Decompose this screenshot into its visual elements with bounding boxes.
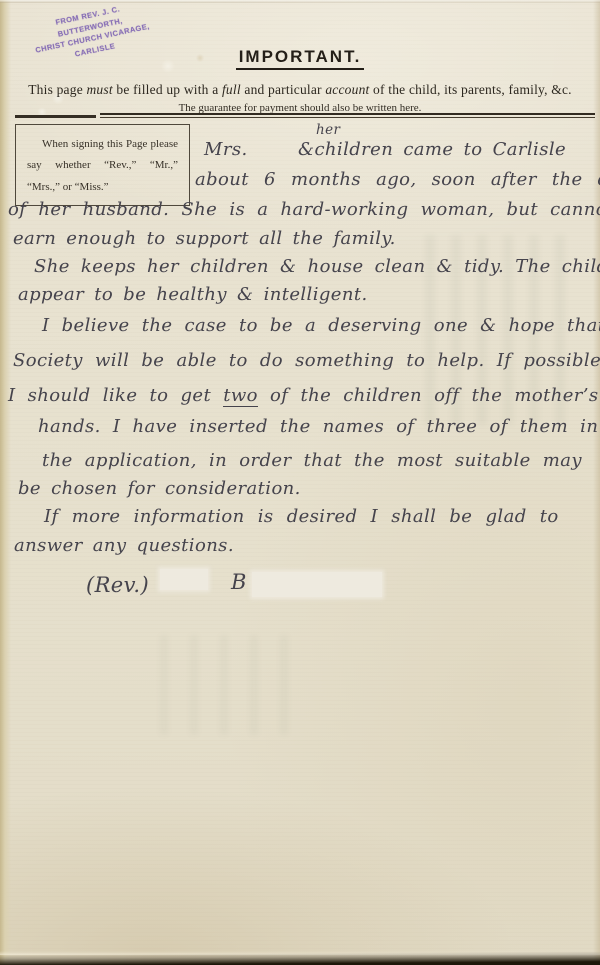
handwriting-line-4: earn enough to support all the family. (13, 228, 396, 249)
paper-right-edge (593, 0, 600, 965)
handwriting-line-9: I should like to get two of the children… (8, 385, 599, 406)
horizontal-rule-right (100, 113, 595, 118)
instruction-italic-full: full (222, 82, 241, 97)
signing-notice-box: When signing this Page please say whethe… (15, 124, 190, 206)
handwriting-line-1-rest: children came to Carlisle (314, 139, 566, 160)
horizontal-rule-left (15, 115, 96, 118)
handwriting-line-10: hands. I have inserted the names of thre… (38, 416, 598, 437)
fold-crease-lower (0, 0, 600, 3)
instruction-text: of the child, its parents, family, &c. (369, 82, 571, 97)
handwriting-line-1: &children came to Carlisle (298, 139, 566, 160)
handwriting-ampersand: & (298, 139, 314, 160)
handwriting-line-6: appear to be healthy & intelligent. (18, 284, 368, 305)
handwriting-line-9a: I should like to get (8, 385, 223, 406)
instruction-line: This page must be filled up with a full … (0, 82, 600, 98)
ink-showthrough (160, 635, 300, 735)
document-page: FROM REV. J. C. BUTTERWORTH, CHRIST CHUR… (0, 0, 600, 965)
paper-left-edge (0, 0, 11, 965)
instruction-text: This page (28, 82, 86, 97)
page-title: IMPORTANT. (236, 47, 365, 70)
instruction-italic-must: must (86, 82, 112, 97)
instruction-text: be filled up with a (113, 82, 222, 97)
signature-initial: B (231, 570, 247, 594)
handwriting-line-9c: of the children off the mother’s (258, 385, 599, 406)
handwriting-line-12: be chosen for consideration. (18, 478, 301, 499)
redaction-box-first-name (160, 569, 208, 590)
fold-crease-upper (0, 0, 600, 3)
header: IMPORTANT. (0, 47, 600, 70)
handwriting-line-8: Society will be able to do something to … (13, 350, 600, 371)
handwriting-salutation: Mrs. (204, 139, 248, 160)
handwriting-line-2: about 6 months ago, soon after the death (195, 169, 600, 190)
handwriting-insertion-her: her (316, 122, 340, 138)
handwriting-line-14: answer any questions. (14, 535, 234, 556)
redaction-box-surname (252, 572, 382, 597)
handwriting-line-5: She keeps her children & house clean & t… (34, 256, 600, 277)
handwriting-line-7: I believe the case to be a deserving one… (42, 315, 600, 336)
handwriting-line-11: the application, in order that the most … (42, 450, 582, 471)
instruction-text: and particular (241, 82, 326, 97)
signature-prefix: (Rev.) (86, 573, 149, 597)
handwriting-line-13: If more information is desired I shall b… (44, 506, 559, 527)
instruction-italic-account: account (325, 82, 369, 97)
handwriting-underlined-two: two (223, 385, 258, 407)
handwriting-line-3: of her husband. She is a hard-working wo… (8, 199, 600, 220)
